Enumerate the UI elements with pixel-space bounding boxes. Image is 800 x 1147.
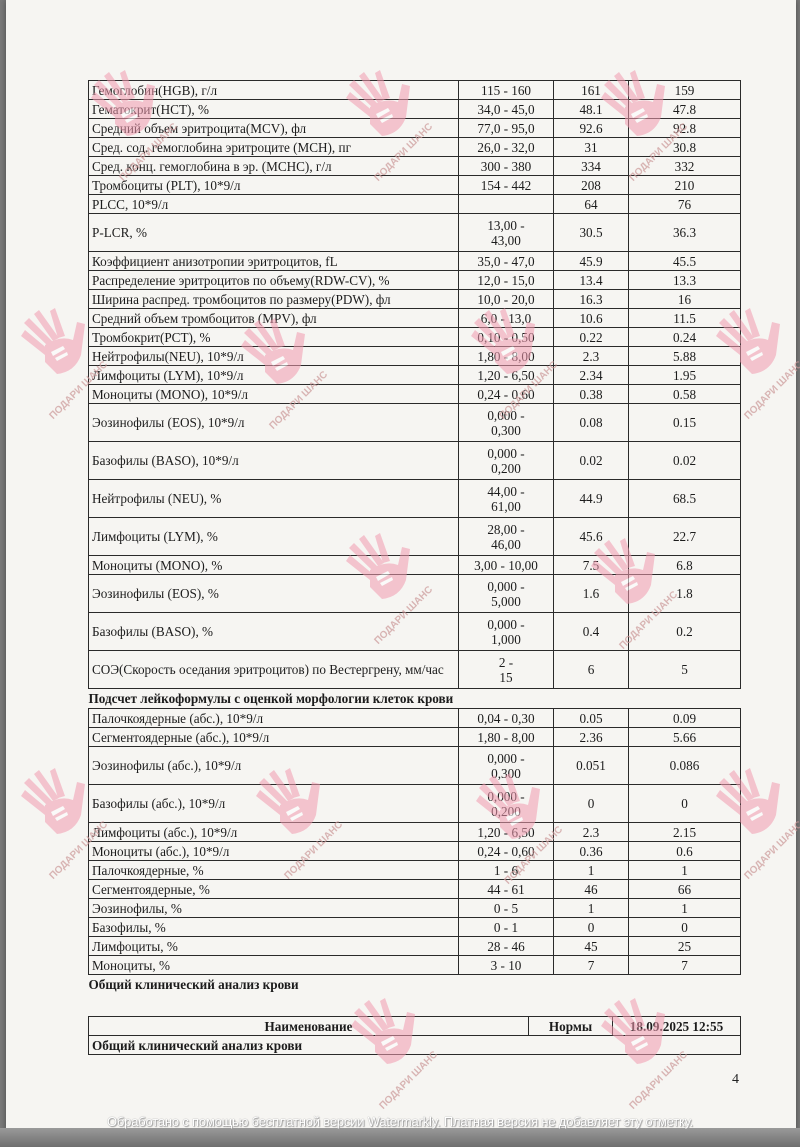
table-row: Тромбокрит(PCT), %0,10 - 0,500.220.24	[89, 328, 741, 347]
header-row: Наименование Нормы 18.09.2025 12:55	[89, 1017, 741, 1036]
header-norms: Нормы	[529, 1017, 613, 1036]
section-row: Общий клинический анализ крови	[89, 1036, 741, 1055]
test-name: Моноциты (MONO), 10*9/л	[89, 385, 459, 404]
test-name: Базофилы, %	[89, 918, 459, 937]
result-2: 0.15	[629, 404, 741, 442]
result-1: 0.22	[554, 328, 629, 347]
result-2: 22.7	[629, 518, 741, 556]
section-row: Подсчет лейкоформулы с оценкой морфологи…	[89, 689, 741, 709]
test-name: Ширина распред. тромбоцитов по размеру(P…	[89, 290, 459, 309]
result-2: 5	[629, 651, 741, 689]
test-name: Палочкоядерные (абс.), 10*9/л	[89, 709, 459, 728]
result-2: 1.95	[629, 366, 741, 385]
result-1: 64	[554, 195, 629, 214]
test-name: Сегментоядерные (абс.), 10*9/л	[89, 728, 459, 747]
reference-range: 115 - 160	[459, 81, 554, 100]
result-1: 7	[554, 956, 629, 975]
reference-range: 300 - 380	[459, 157, 554, 176]
result-1: 45.6	[554, 518, 629, 556]
reference-range: 3,00 - 10,00	[459, 556, 554, 575]
reference-range: 0,04 - 0,30	[459, 709, 554, 728]
test-name: P-LCR, %	[89, 214, 459, 252]
test-name: Гемоглобин(HGB), г/л	[89, 81, 459, 100]
reference-range: 0 - 1	[459, 918, 554, 937]
reference-range: 1,80 - 8,00	[459, 347, 554, 366]
test-name: СОЭ(Скорость оседания эритроцитов) по Ве…	[89, 651, 459, 689]
result-2: 1	[629, 861, 741, 880]
reference-range: 1,80 - 8,00	[459, 728, 554, 747]
table-row: Средний объем тромбоцитов (MPV), фл6,0 -…	[89, 309, 741, 328]
result-2: 210	[629, 176, 741, 195]
reference-range: 0,000 -0,300	[459, 404, 554, 442]
table-row: Гематокрит(HCT), %34,0 - 45,048.147.8	[89, 100, 741, 119]
result-2: 1.8	[629, 575, 741, 613]
result-1: 44.9	[554, 480, 629, 518]
result-1: 2.3	[554, 823, 629, 842]
result-1: 92.6	[554, 119, 629, 138]
result-1: 6	[554, 651, 629, 689]
test-name: Палочкоядерные, %	[89, 861, 459, 880]
result-2: 0	[629, 918, 741, 937]
section-title: Общий клинический анализ крови	[89, 975, 741, 995]
table-row: Лимфоциты (LYM), %28,00 -46,0045.622.7	[89, 518, 741, 556]
result-2: 0.09	[629, 709, 741, 728]
result-2: 1	[629, 899, 741, 918]
result-2: 5.88	[629, 347, 741, 366]
table-row: Гемоглобин(HGB), г/л115 - 160161159	[89, 81, 741, 100]
table-row: Эозинофилы (EOS), 10*9/л0,000 -0,3000.08…	[89, 404, 741, 442]
table-row: Базофилы (абс.), 10*9/л0,000 -0,20000	[89, 785, 741, 823]
table-row: Распределение эритроцитов по объему(RDW-…	[89, 271, 741, 290]
table-row: Базофилы, %0 - 100	[89, 918, 741, 937]
table-row: Тромбоциты (PLT), 10*9/л154 - 442208210	[89, 176, 741, 195]
table-row: Палочкоядерные (абс.), 10*9/л0,04 - 0,30…	[89, 709, 741, 728]
test-name: Эозинофилы (EOS), %	[89, 575, 459, 613]
section-title: Общий клинический анализ крови	[89, 1036, 741, 1055]
result-2: 332	[629, 157, 741, 176]
test-name: Распределение эритроцитов по объему(RDW-…	[89, 271, 459, 290]
result-2: 45.5	[629, 252, 741, 271]
result-2: 0.6	[629, 842, 741, 861]
result-2: 6.8	[629, 556, 741, 575]
table-row: PLCC, 10*9/л6476	[89, 195, 741, 214]
result-1: 45.9	[554, 252, 629, 271]
reference-range	[459, 195, 554, 214]
test-name: Моноциты (абс.), 10*9/л	[89, 842, 459, 861]
result-1: 0.08	[554, 404, 629, 442]
result-1: 161	[554, 81, 629, 100]
section-row: Общий клинический анализ крови	[89, 975, 741, 995]
table-row: Эозинофилы, %0 - 511	[89, 899, 741, 918]
result-1: 334	[554, 157, 629, 176]
test-name: Тромбокрит(PCT), %	[89, 328, 459, 347]
reference-range: 154 - 442	[459, 176, 554, 195]
table-row: Моноциты, %3 - 1077	[89, 956, 741, 975]
test-name: Базофилы (BASO), 10*9/л	[89, 442, 459, 480]
page-number: 4	[732, 1072, 739, 1088]
result-2: 0	[629, 785, 741, 823]
result-1: 0	[554, 918, 629, 937]
result-2: 13.3	[629, 271, 741, 290]
next-table-header: Наименование Нормы 18.09.2025 12:55 Общи…	[88, 1016, 741, 1055]
result-2: 92.8	[629, 119, 741, 138]
table-row: Сред. конц. гемоглобина в эр. (MCHC), г/…	[89, 157, 741, 176]
test-name: Лимфоциты (абс.), 10*9/л	[89, 823, 459, 842]
test-name: Сред. сод. гемоглобина эритроците (MCH),…	[89, 138, 459, 157]
result-1: 2.3	[554, 347, 629, 366]
result-1: 1	[554, 861, 629, 880]
test-name: Лимфоциты (LYM), 10*9/л	[89, 366, 459, 385]
result-2: 0.58	[629, 385, 741, 404]
reference-range: 10,0 - 20,0	[459, 290, 554, 309]
test-name: Средний объем эритроцита(MCV), фл	[89, 119, 459, 138]
result-2: 0.086	[629, 747, 741, 785]
reference-range: 28,00 -46,00	[459, 518, 554, 556]
result-1: 16.3	[554, 290, 629, 309]
result-1: 46	[554, 880, 629, 899]
test-name: PLCC, 10*9/л	[89, 195, 459, 214]
result-1: 31	[554, 138, 629, 157]
result-2: 0.02	[629, 442, 741, 480]
result-1: 0.05	[554, 709, 629, 728]
table-row: Средний объем эритроцита(MCV), фл77,0 - …	[89, 119, 741, 138]
reference-range: 1 - 6	[459, 861, 554, 880]
test-name: Моноциты (MONO), %	[89, 556, 459, 575]
table-row: Палочкоядерные, %1 - 611	[89, 861, 741, 880]
test-name: Коэффициент анизотропии эритроцитов, fL	[89, 252, 459, 271]
test-name: Лимфоциты, %	[89, 937, 459, 956]
test-name: Моноциты, %	[89, 956, 459, 975]
result-2: 159	[629, 81, 741, 100]
test-name: Эозинофилы (абс.), 10*9/л	[89, 747, 459, 785]
table-row: Базофилы (BASO), %0,000 -1,0000.40.2	[89, 613, 741, 651]
reference-range: 1,20 - 6,50	[459, 366, 554, 385]
table-row: Эозинофилы (абс.), 10*9/л0,000 -0,3000.0…	[89, 747, 741, 785]
result-1: 208	[554, 176, 629, 195]
result-1: 0.36	[554, 842, 629, 861]
reference-range: 12,0 - 15,0	[459, 271, 554, 290]
result-2: 36.3	[629, 214, 741, 252]
result-1: 0.38	[554, 385, 629, 404]
result-2: 0.24	[629, 328, 741, 347]
reference-range: 0,000 -0,200	[459, 442, 554, 480]
result-2: 11.5	[629, 309, 741, 328]
result-2: 66	[629, 880, 741, 899]
table-row: Нейтрофилы (NEU), %44,00 -61,0044.968.5	[89, 480, 741, 518]
result-1: 2.34	[554, 366, 629, 385]
reference-range: 44 - 61	[459, 880, 554, 899]
result-2: 2.15	[629, 823, 741, 842]
header-date: 18.09.2025 12:55	[613, 1017, 741, 1036]
reference-range: 26,0 - 32,0	[459, 138, 554, 157]
result-2: 76	[629, 195, 741, 214]
page-edge-shadow	[0, 1128, 800, 1147]
result-1: 2.36	[554, 728, 629, 747]
reference-range: 2 -15	[459, 651, 554, 689]
header-name: Наименование	[89, 1017, 529, 1036]
table-row: P-LCR, %13,00 -43,0030.536.3	[89, 214, 741, 252]
reference-range: 0,10 - 0,50	[459, 328, 554, 347]
test-name: Средний объем тромбоцитов (MPV), фл	[89, 309, 459, 328]
result-1: 45	[554, 937, 629, 956]
test-name: Сред. конц. гемоглобина в эр. (MCHC), г/…	[89, 157, 459, 176]
reference-range: 44,00 -61,00	[459, 480, 554, 518]
result-1: 13.4	[554, 271, 629, 290]
test-name: Базофилы (BASO), %	[89, 613, 459, 651]
table-row: Сегментоядерные, %44 - 614666	[89, 880, 741, 899]
table-row: Базофилы (BASO), 10*9/л0,000 -0,2000.020…	[89, 442, 741, 480]
reference-range: 0,000 -0,200	[459, 785, 554, 823]
table-row: Коэффициент анизотропии эритроцитов, fL3…	[89, 252, 741, 271]
reference-range: 35,0 - 47,0	[459, 252, 554, 271]
result-2: 30.8	[629, 138, 741, 157]
test-name: Сегментоядерные, %	[89, 880, 459, 899]
reference-range: 0,24 - 0,60	[459, 385, 554, 404]
result-1: 0	[554, 785, 629, 823]
test-name: Нейтрофилы (NEU), %	[89, 480, 459, 518]
result-1: 30.5	[554, 214, 629, 252]
table-row: Моноциты (MONO), 10*9/л0,24 - 0,600.380.…	[89, 385, 741, 404]
result-1: 1.6	[554, 575, 629, 613]
test-name: Гематокрит(HCT), %	[89, 100, 459, 119]
table-row: Моноциты (MONO), %3,00 - 10,007.56.8	[89, 556, 741, 575]
table-row: Моноциты (абс.), 10*9/л0,24 - 0,600.360.…	[89, 842, 741, 861]
table-row: Нейтрофилы(NEU), 10*9/л1,80 - 8,002.35.8…	[89, 347, 741, 366]
test-name: Эозинофилы, %	[89, 899, 459, 918]
reference-range: 0,24 - 0,60	[459, 842, 554, 861]
result-1: 7.5	[554, 556, 629, 575]
reference-range: 1,20 - 6,50	[459, 823, 554, 842]
table-row: Сегментоядерные (абс.), 10*9/л1,80 - 8,0…	[89, 728, 741, 747]
result-1: 0.051	[554, 747, 629, 785]
result-1: 0.02	[554, 442, 629, 480]
reference-range: 0,000 -1,000	[459, 613, 554, 651]
result-2: 16	[629, 290, 741, 309]
result-2: 0.2	[629, 613, 741, 651]
table-row: Эозинофилы (EOS), %0,000 -5,0001.61.8	[89, 575, 741, 613]
table-row: Лимфоциты (абс.), 10*9/л1,20 - 6,502.32.…	[89, 823, 741, 842]
test-name: Базофилы (абс.), 10*9/л	[89, 785, 459, 823]
result-2: 25	[629, 937, 741, 956]
section-title: Подсчет лейкоформулы с оценкой морфологи…	[89, 689, 741, 709]
test-name: Эозинофилы (EOS), 10*9/л	[89, 404, 459, 442]
result-2: 68.5	[629, 480, 741, 518]
reference-range: 0 - 5	[459, 899, 554, 918]
table-row: Лимфоциты (LYM), 10*9/л1,20 - 6,502.341.…	[89, 366, 741, 385]
result-2: 47.8	[629, 100, 741, 119]
reference-range: 0,000 -5,000	[459, 575, 554, 613]
result-1: 1	[554, 899, 629, 918]
test-name: Нейтрофилы(NEU), 10*9/л	[89, 347, 459, 366]
table-row: СОЭ(Скорость оседания эритроцитов) по Ве…	[89, 651, 741, 689]
result-2: 7	[629, 956, 741, 975]
result-1: 0.4	[554, 613, 629, 651]
test-name: Лимфоциты (LYM), %	[89, 518, 459, 556]
table-row: Лимфоциты, %28 - 464525	[89, 937, 741, 956]
test-name: Тромбоциты (PLT), 10*9/л	[89, 176, 459, 195]
table-row: Ширина распред. тромбоцитов по размеру(P…	[89, 290, 741, 309]
reference-range: 28 - 46	[459, 937, 554, 956]
reference-range: 34,0 - 45,0	[459, 100, 554, 119]
reference-range: 3 - 10	[459, 956, 554, 975]
result-1: 10.6	[554, 309, 629, 328]
result-2: 5.66	[629, 728, 741, 747]
blood-test-table: Гемоглобин(HGB), г/л115 - 160161159Гемат…	[88, 80, 741, 994]
reference-range: 77,0 - 95,0	[459, 119, 554, 138]
watermarkly-notice: Обработано с помощью бесплатной версии W…	[0, 1114, 800, 1129]
result-1: 48.1	[554, 100, 629, 119]
reference-range: 0,000 -0,300	[459, 747, 554, 785]
reference-range: 6,0 - 13,0	[459, 309, 554, 328]
reference-range: 13,00 -43,00	[459, 214, 554, 252]
table-row: Сред. сод. гемоглобина эритроците (MCH),…	[89, 138, 741, 157]
